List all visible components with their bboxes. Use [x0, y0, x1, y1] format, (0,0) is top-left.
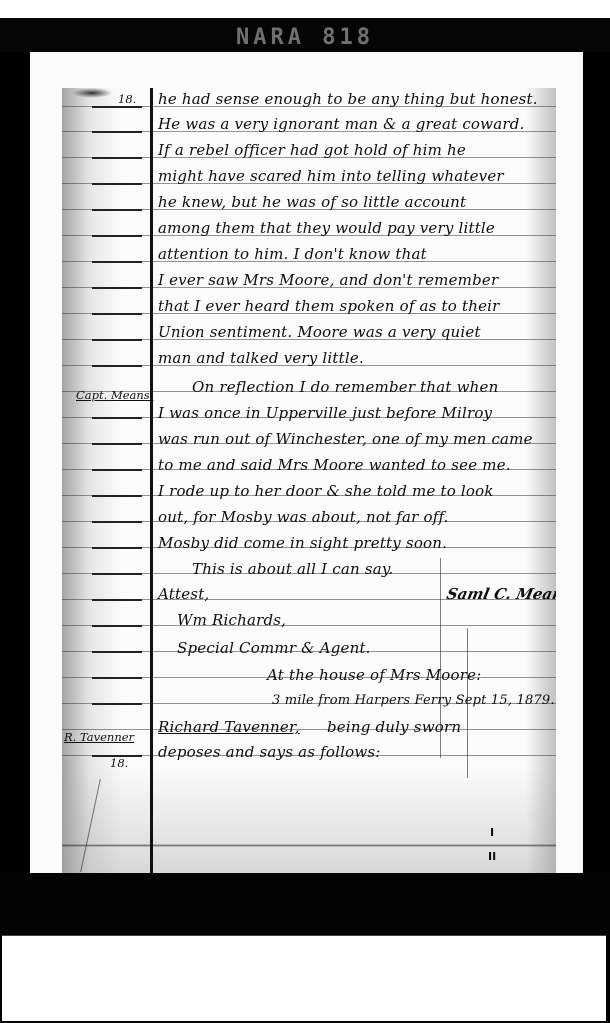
- microfilm-viewer: NARA 818: [0, 0, 610, 1023]
- text-line: attention to him. I don't know that: [158, 245, 427, 263]
- margin-witness-capt-means: Capt. Means.: [76, 388, 153, 402]
- text-line: He was a very ignorant man & a great cow…: [158, 115, 524, 133]
- date-line: 3 mile from Harpers Ferry Sept 15, 1879.: [272, 692, 555, 710]
- text-line: that I ever heard them spoken of as to t…: [158, 297, 500, 315]
- text-line: he knew, but he was of so little account: [158, 193, 466, 211]
- film-reel-label: NARA 818: [0, 24, 610, 52]
- margin-dash: [92, 703, 142, 705]
- text-line: he had sense enough to be any thing but …: [158, 90, 538, 108]
- margin-dash: [92, 131, 142, 133]
- text-line: being duly sworn: [327, 718, 461, 736]
- bottom-white-strip: [2, 935, 606, 1021]
- text-line: Union sentiment. Moore was a very quiet: [158, 323, 481, 341]
- text-line: Mosby did come in sight pretty soon.: [158, 534, 447, 552]
- margin-dash: [92, 106, 142, 108]
- attest-label: Attest,: [158, 585, 209, 603]
- margin-dash: [92, 651, 142, 653]
- film-left-edge: [0, 52, 30, 873]
- agent-title: Special Commr & Agent.: [177, 639, 371, 657]
- text-line: to me and said Mrs Moore wanted to see m…: [158, 456, 511, 474]
- location-line: At the house of Mrs Moore:: [267, 666, 481, 684]
- text-line: If a rebel officer had got hold of him h…: [158, 141, 466, 159]
- margin-dash: [92, 313, 142, 315]
- margin-dash: [92, 547, 142, 549]
- margin-dash: [92, 235, 142, 237]
- ink-blot: [72, 88, 112, 98]
- top-white-strip: [0, 0, 610, 19]
- text-line: man and talked very little.: [158, 349, 364, 367]
- margin-dash: [92, 573, 142, 575]
- page-fold: [62, 844, 556, 847]
- margin-dash: [92, 443, 142, 445]
- margin-dash: [92, 209, 142, 211]
- film-right-edge: [583, 52, 610, 873]
- text-line: deposes and says as follows:: [158, 743, 381, 761]
- ruled-line: [62, 729, 556, 730]
- margin-dash: [92, 339, 142, 341]
- text-line: was run out of Winchester, one of my men…: [158, 430, 533, 448]
- margin-dash: [92, 469, 142, 471]
- ledger-page: 18. Capt. Means. R. Tavenner 18. he had …: [62, 88, 556, 873]
- deponent-name: Richard Tavenner,: [158, 718, 300, 736]
- margin-dash: [92, 417, 142, 419]
- text-line: This is about all I can say.: [192, 560, 394, 578]
- page-shadow-bottom: [62, 763, 556, 873]
- text-line: I rode up to her door & she told me to l…: [158, 482, 494, 500]
- text-line: out, for Mosby was about, not far off.: [158, 508, 449, 526]
- microfilm-footer-band: [0, 873, 610, 935]
- margin-dash: [92, 677, 142, 679]
- signature: Saml C. Means: [445, 585, 556, 603]
- margin-dash: [92, 287, 142, 289]
- margin-dash: [92, 183, 142, 185]
- margin-dash: [92, 495, 142, 497]
- film-mark: II: [488, 850, 496, 863]
- margin-dash: [92, 365, 142, 367]
- text-line: I was once in Upperville just before Mil…: [158, 404, 492, 422]
- margin-rule: [150, 88, 153, 873]
- margin-dash: [92, 625, 142, 627]
- margin-page-number-bottom: 18.: [110, 756, 128, 770]
- margin-dash: [92, 157, 142, 159]
- margin-dash: [92, 599, 142, 601]
- film-mark: I: [490, 826, 494, 839]
- text-line: might have scared him into telling whate…: [158, 167, 504, 185]
- text-line: among them that they would pay very litt…: [158, 219, 495, 237]
- margin-dash: [92, 521, 142, 523]
- attesting-agent-name: Wm Richards,: [177, 611, 286, 629]
- margin-page-number-top: 18.: [118, 92, 136, 106]
- text-line: On reflection I do remember that when: [192, 378, 498, 396]
- margin-dash: [92, 261, 142, 263]
- margin-witness-r-tavenner: R. Tavenner: [64, 730, 134, 744]
- text-line: I ever saw Mrs Moore, and don't remember: [158, 271, 498, 289]
